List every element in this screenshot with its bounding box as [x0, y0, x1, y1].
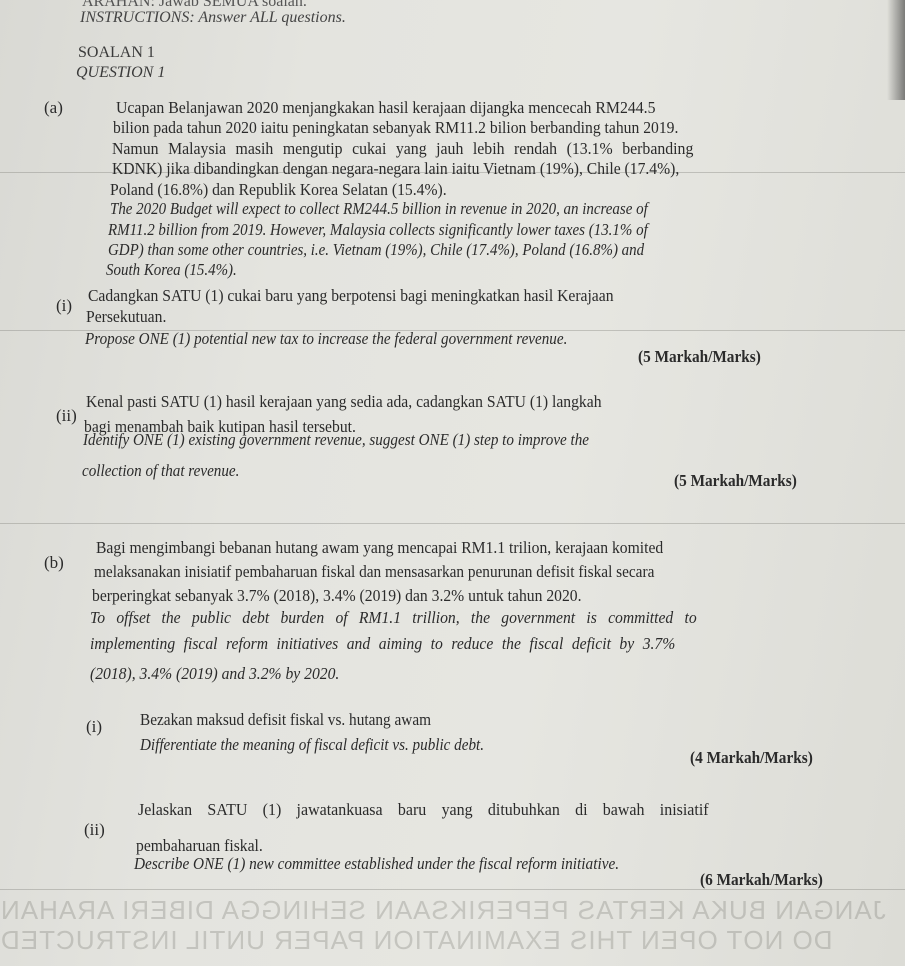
part-a-ii-english-line: Identify ONE (1) existing government rev… [83, 430, 589, 450]
part-a-malay-line: KDNK) jika dibandingkan dengan negara-ne… [112, 159, 679, 179]
part-b-malay-line: berperingkat sebanyak 3.7% (2018), 3.4% … [92, 586, 582, 606]
part-a-malay-line: bilion pada tahun 2020 iaitu peningkatan… [113, 118, 678, 138]
page-rule [0, 523, 905, 524]
part-a-i-malay-line: Persekutuan. [86, 307, 166, 327]
part-a-ii-english-line: collection of that revenue. [82, 461, 239, 481]
part-b-ii-label: (ii) [84, 820, 105, 840]
part-a-malay-line: Namun Malaysia masih mengutip cukai yang… [112, 139, 693, 159]
part-b-ii-malay-line: Jelaskan SATU (1) jawatankuasa baru yang… [138, 800, 829, 820]
question-heading: QUESTION 1 [76, 63, 165, 83]
page-edge-shadow [887, 0, 905, 100]
part-b-i-label: (i) [86, 717, 102, 737]
part-a-label: (a) [44, 98, 63, 118]
part-a-english-line: The 2020 Budget will expect to collect R… [110, 199, 648, 219]
part-b-i-marks: (4 Markah/Marks) [690, 748, 813, 768]
part-a-ii-malay-line: Kenal pasti SATU (1) hasil kerajaan yang… [86, 392, 602, 412]
part-b-english-line: implementing fiscal reform initiatives a… [90, 634, 675, 654]
part-a-english-line: GDP) than some other countries, i.e. Vie… [108, 240, 644, 260]
part-a-english-line: RM11.2 billion from 2019. However, Malay… [108, 220, 648, 240]
part-a-i-marks: (5 Markah/Marks) [638, 347, 761, 367]
part-a-english-line: South Korea (15.4%). [106, 260, 237, 280]
part-b-english-line: (2018), 3.4% (2019) and 3.2% by 2020. [90, 664, 339, 684]
part-b-i-english: Differentiate the meaning of fiscal defi… [140, 735, 484, 755]
part-a-malay-line: Ucapan Belanjawan 2020 menjangkakan hasi… [116, 98, 778, 118]
bleed-through-line: DO NOT OPEN THIS EXAMINATION PAPER UNTIL… [0, 925, 905, 956]
part-b-ii-marks: (6 Markah/Marks) [700, 870, 823, 890]
instructions-text: INSTRUCTIONS: Answer ALL questions. [80, 8, 346, 28]
part-b-label: (b) [44, 553, 64, 573]
part-a-ii-marks: (5 Markah/Marks) [674, 471, 797, 491]
part-a-malay-line: Poland (16.8%) dan Republik Korea Selata… [110, 180, 447, 200]
part-a-i-english: Propose ONE (1) potential new tax to inc… [85, 329, 567, 349]
soalan-heading: SOALAN 1 [78, 43, 155, 63]
exam-page: ARAHAN: Jawab SEMUA soalan. INSTRUCTIONS… [0, 0, 905, 966]
part-b-i-malay: Bezakan maksud defisit fiskal vs. hutang… [140, 710, 431, 730]
part-b-malay-line: melaksanakan inisiatif pembaharuan fiska… [94, 562, 654, 582]
part-b-ii-english: Describe ONE (1) new committee establish… [134, 854, 619, 874]
part-a-i-malay-line: Cadangkan SATU (1) cukai baru yang berpo… [88, 286, 614, 306]
part-b-ii-malay-line: pembaharuan fiskal. [136, 836, 263, 856]
part-b-english-line: To offset the public debt burden of RM1.… [90, 608, 697, 628]
part-a-i-label: (i) [56, 296, 72, 316]
part-b-malay-line: Bagi mengimbangi bebanan hutang awam yan… [96, 538, 663, 558]
part-a-ii-label: (ii) [56, 406, 77, 426]
bleed-through-line: JANGAN BUKA KERTAS PEPERIKSAAN SEHINGGA … [0, 895, 905, 926]
